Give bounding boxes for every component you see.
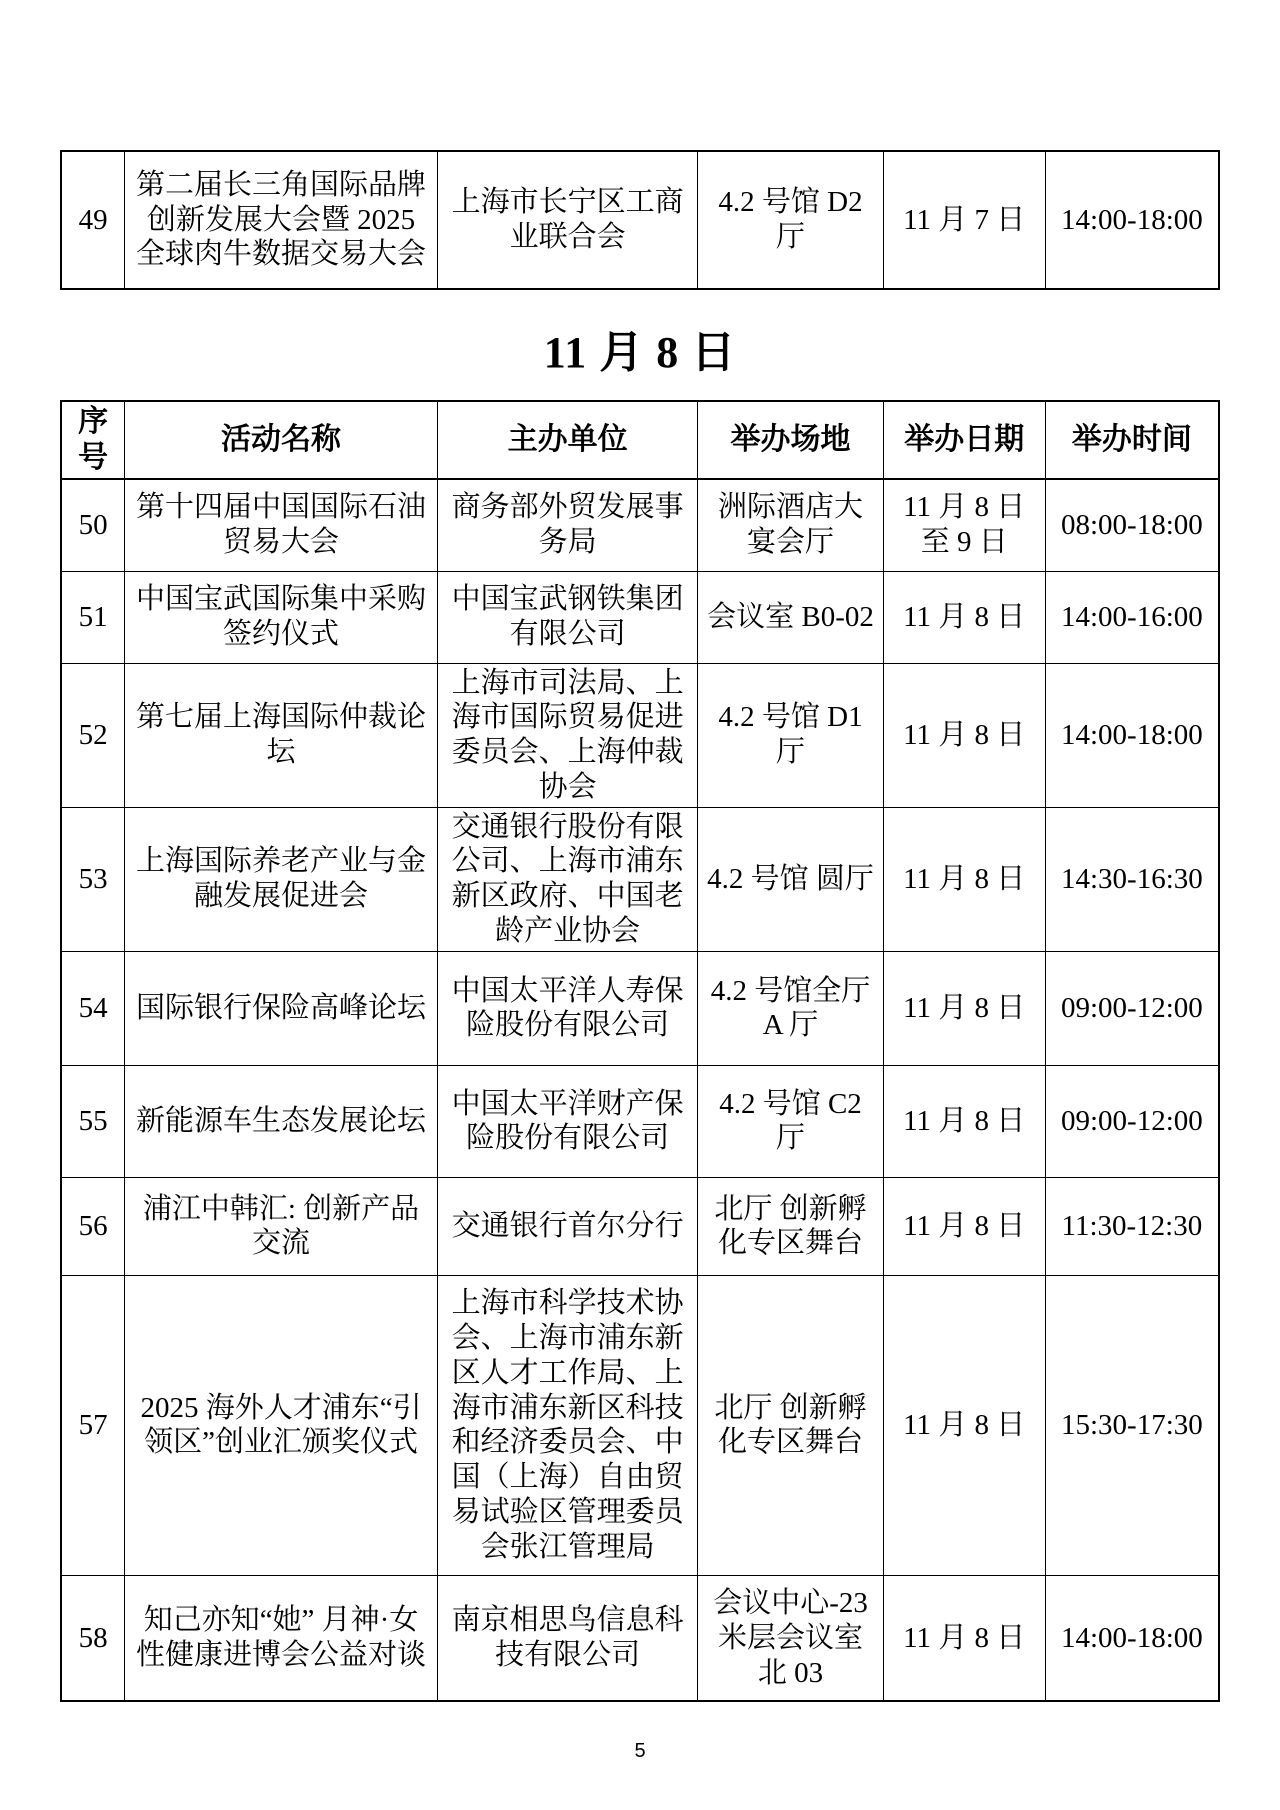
event-row: 54 国际银行保险高峰论坛 中国太平洋人寿保险股份有限公司 4.2 号馆全厅 A… bbox=[61, 951, 1219, 1065]
event-row: 55 新能源车生态发展论坛 中国太平洋财产保险股份有限公司 4.2 号馆 C2 … bbox=[61, 1065, 1219, 1177]
cell-venue: 4.2 号馆全厅 A 厅 bbox=[698, 951, 883, 1065]
cell-name: 知己亦知“她” 月神·女性健康进博会公益对谈 bbox=[125, 1575, 438, 1701]
cell-date: 11 月 8 日 bbox=[883, 1575, 1045, 1701]
cell-venue: 北厅 创新孵化专区舞台 bbox=[698, 1177, 883, 1275]
cell-date: 11 月 8 日 bbox=[883, 807, 1045, 951]
cell-no: 57 bbox=[61, 1275, 125, 1575]
cell-venue: 4.2 号馆 C2 厅 bbox=[698, 1065, 883, 1177]
header-cell-date: 举办日期 bbox=[883, 401, 1045, 479]
cell-name: 新能源车生态发展论坛 bbox=[125, 1065, 438, 1177]
cell-no: 49 bbox=[61, 151, 125, 289]
cell-no: 53 bbox=[61, 807, 125, 951]
cell-no: 52 bbox=[61, 663, 125, 807]
cell-no: 58 bbox=[61, 1575, 125, 1701]
cell-no: 51 bbox=[61, 571, 125, 663]
cell-name: 2025 海外人才浦东“引领区”创业汇颁奖仪式 bbox=[125, 1275, 438, 1575]
cell-venue: 洲际酒店大宴会厅 bbox=[698, 479, 883, 571]
cell-time: 14:00-16:00 bbox=[1045, 571, 1219, 663]
cell-no: 56 bbox=[61, 1177, 125, 1275]
cell-time: 08:00-18:00 bbox=[1045, 479, 1219, 571]
cell-time: 15:30-17:30 bbox=[1045, 1275, 1219, 1575]
header-cell-organizer: 主办单位 bbox=[437, 401, 698, 479]
cell-organizer: 交通银行首尔分行 bbox=[437, 1177, 698, 1275]
cell-organizer: 上海市司法局、上海市国际贸易促进委员会、上海仲裁协会 bbox=[437, 663, 698, 807]
cell-time: 11:30-12:30 bbox=[1045, 1177, 1219, 1275]
cell-venue: 4.2 号馆 圆厅 bbox=[698, 807, 883, 951]
cell-time: 14:00-18:00 bbox=[1045, 151, 1219, 289]
cell-date: 11 月 8 日 bbox=[883, 571, 1045, 663]
event-row: 51 中国宝武国际集中采购签约仪式 中国宝武钢铁集团有限公司 会议室 B0-02… bbox=[61, 571, 1219, 663]
cell-name: 国际银行保险高峰论坛 bbox=[125, 951, 438, 1065]
event-row: 52 第七届上海国际仲裁论坛 上海市司法局、上海市国际贸易促进委员会、上海仲裁协… bbox=[61, 663, 1219, 807]
cell-no: 50 bbox=[61, 479, 125, 571]
event-row: 56 浦江中韩汇: 创新产品交流 交通银行首尔分行 北厅 创新孵化专区舞台 11… bbox=[61, 1177, 1219, 1275]
cell-organizer: 中国太平洋财产保险股份有限公司 bbox=[437, 1065, 698, 1177]
page-number: 5 bbox=[60, 1740, 1220, 1763]
cell-name: 第十四届中国国际石油贸易大会 bbox=[125, 479, 438, 571]
cell-time: 09:00-12:00 bbox=[1045, 1065, 1219, 1177]
cell-time: 14:00-18:00 bbox=[1045, 663, 1219, 807]
continuation-table: 49 第二届长三角国际品牌创新发展大会暨 2025 全球肉牛数据交易大会 上海市… bbox=[60, 150, 1220, 290]
cell-date: 11 月 7 日 bbox=[883, 151, 1045, 289]
cell-venue: 4.2 号馆 D1 厅 bbox=[698, 663, 883, 807]
events-table: 序号 活动名称 主办单位 举办场地 举办日期 举办时间 50 第十四届中国国际石… bbox=[60, 400, 1220, 1702]
table-header-row: 序号 活动名称 主办单位 举办场地 举办日期 举办时间 bbox=[61, 401, 1219, 479]
event-row: 58 知己亦知“她” 月神·女性健康进博会公益对谈 南京相思鸟信息科技有限公司 … bbox=[61, 1575, 1219, 1701]
event-row: 57 2025 海外人才浦东“引领区”创业汇颁奖仪式 上海市科学技术协会、上海市… bbox=[61, 1275, 1219, 1575]
cell-venue: 会议室 B0-02 bbox=[698, 571, 883, 663]
cell-name: 第二届长三角国际品牌创新发展大会暨 2025 全球肉牛数据交易大会 bbox=[125, 151, 438, 289]
cell-no: 55 bbox=[61, 1065, 125, 1177]
cell-venue: 4.2 号馆 D2 厅 bbox=[698, 151, 883, 289]
cell-venue: 会议中心-23 米层会议室北 03 bbox=[698, 1575, 883, 1701]
cell-date: 11 月 8 日至 9 日 bbox=[883, 479, 1045, 571]
event-row: 49 第二届长三角国际品牌创新发展大会暨 2025 全球肉牛数据交易大会 上海市… bbox=[61, 151, 1219, 289]
event-row: 53 上海国际养老产业与金融发展促进会 交通银行股份有限公司、上海市浦东新区政府… bbox=[61, 807, 1219, 951]
cell-date: 11 月 8 日 bbox=[883, 951, 1045, 1065]
cell-date: 11 月 8 日 bbox=[883, 1065, 1045, 1177]
header-cell-no: 序号 bbox=[61, 401, 125, 479]
section-heading-date: 11 月 8 日 bbox=[60, 316, 1220, 380]
cell-date: 11 月 8 日 bbox=[883, 1177, 1045, 1275]
cell-organizer: 交通银行股份有限公司、上海市浦东新区政府、中国老龄产业协会 bbox=[437, 807, 698, 951]
cell-organizer: 上海市科学技术协会、上海市浦东新区人才工作局、上海市浦东新区科技和经济委员会、中… bbox=[437, 1275, 698, 1575]
cell-time: 14:00-18:00 bbox=[1045, 1575, 1219, 1701]
header-cell-time: 举办时间 bbox=[1045, 401, 1219, 479]
cell-date: 11 月 8 日 bbox=[883, 663, 1045, 807]
event-row: 50 第十四届中国国际石油贸易大会 商务部外贸发展事务局 洲际酒店大宴会厅 11… bbox=[61, 479, 1219, 571]
cell-organizer: 中国太平洋人寿保险股份有限公司 bbox=[437, 951, 698, 1065]
cell-organizer: 中国宝武钢铁集团有限公司 bbox=[437, 571, 698, 663]
cell-time: 09:00-12:00 bbox=[1045, 951, 1219, 1065]
cell-name: 上海国际养老产业与金融发展促进会 bbox=[125, 807, 438, 951]
cell-time: 14:30-16:30 bbox=[1045, 807, 1219, 951]
cell-organizer: 南京相思鸟信息科技有限公司 bbox=[437, 1575, 698, 1701]
header-cell-venue: 举办场地 bbox=[698, 401, 883, 479]
cell-name: 第七届上海国际仲裁论坛 bbox=[125, 663, 438, 807]
cell-organizer: 上海市长宁区工商业联合会 bbox=[437, 151, 698, 289]
cell-name: 中国宝武国际集中采购签约仪式 bbox=[125, 571, 438, 663]
cell-venue: 北厅 创新孵化专区舞台 bbox=[698, 1275, 883, 1575]
cell-date: 11 月 8 日 bbox=[883, 1275, 1045, 1575]
cell-name: 浦江中韩汇: 创新产品交流 bbox=[125, 1177, 438, 1275]
cell-organizer: 商务部外贸发展事务局 bbox=[437, 479, 698, 571]
cell-no: 54 bbox=[61, 951, 125, 1065]
header-cell-name: 活动名称 bbox=[125, 401, 438, 479]
